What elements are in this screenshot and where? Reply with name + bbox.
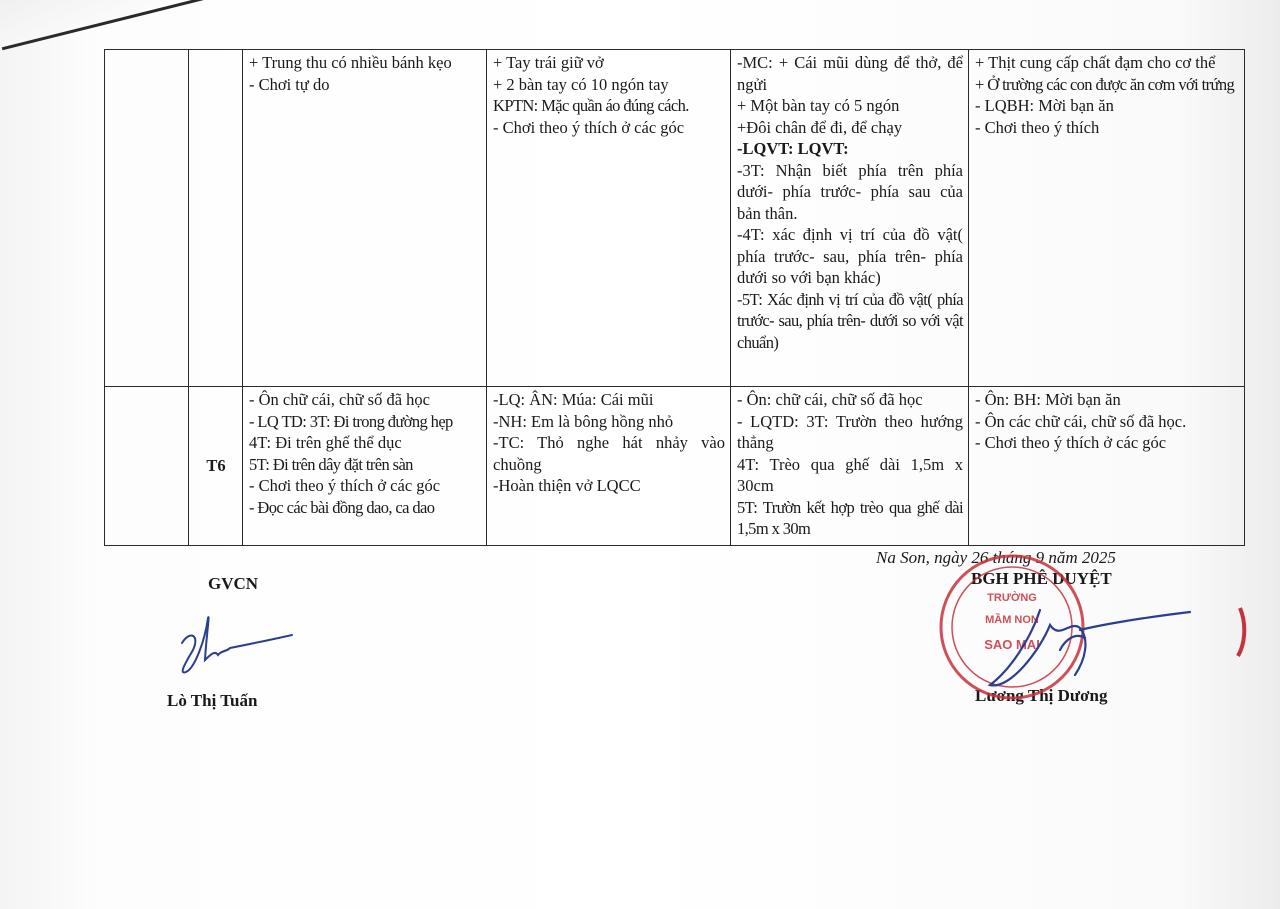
afternoon-activities-cell: -MC: + Cái mũi dùng để thở, để ngửi + Mộ… (731, 50, 969, 387)
place-date-line: Na Son, ngày 26 tháng 9 năm 2025 (876, 548, 1116, 568)
morning-activities-cell: + Trung thu có nhiều bánh kẹo - Chơi tự … (243, 50, 487, 387)
afternoon-activities-cell: - Ôn: chữ cái, chữ số đã học - LQTD: 3T:… (731, 387, 969, 546)
learning-activities-cell: + Tay trái giữ vở + 2 bàn tay có 10 ngón… (487, 50, 731, 387)
week-cell (105, 387, 189, 546)
day-cell (189, 50, 243, 387)
day-cell: T6 (189, 387, 243, 546)
approval-title: BGH PHÊ DUYỆT (971, 569, 1112, 589)
evening-activities-cell: - Ôn: BH: Mời bạn ăn - Ôn các chữ cái, c… (969, 387, 1245, 546)
morning-activities-cell: - Ôn chữ cái, chữ số đã học - LQ TD: 3T:… (243, 387, 487, 546)
table-row: T6 - Ôn chữ cái, chữ số đã học - LQ TD: … (105, 387, 1245, 546)
table-row: + Trung thu có nhiều bánh kẹo - Chơi tự … (105, 50, 1245, 387)
teacher-name: Lò Thị Tuấn (167, 691, 257, 711)
teacher-title: GVCN (208, 574, 258, 594)
weekly-plan-table: + Trung thu có nhiều bánh kẹo - Chơi tự … (104, 49, 1245, 546)
learning-activities-cell: -LQ: ÂN: Múa: Cái mũi -NH: Em là bông hồ… (487, 387, 731, 546)
approver-name: Lương Thị Dương (975, 686, 1107, 706)
week-cell (105, 50, 189, 387)
evening-activities-cell: + Thịt cung cấp chất đạm cho cơ thể + Ở … (969, 50, 1245, 387)
